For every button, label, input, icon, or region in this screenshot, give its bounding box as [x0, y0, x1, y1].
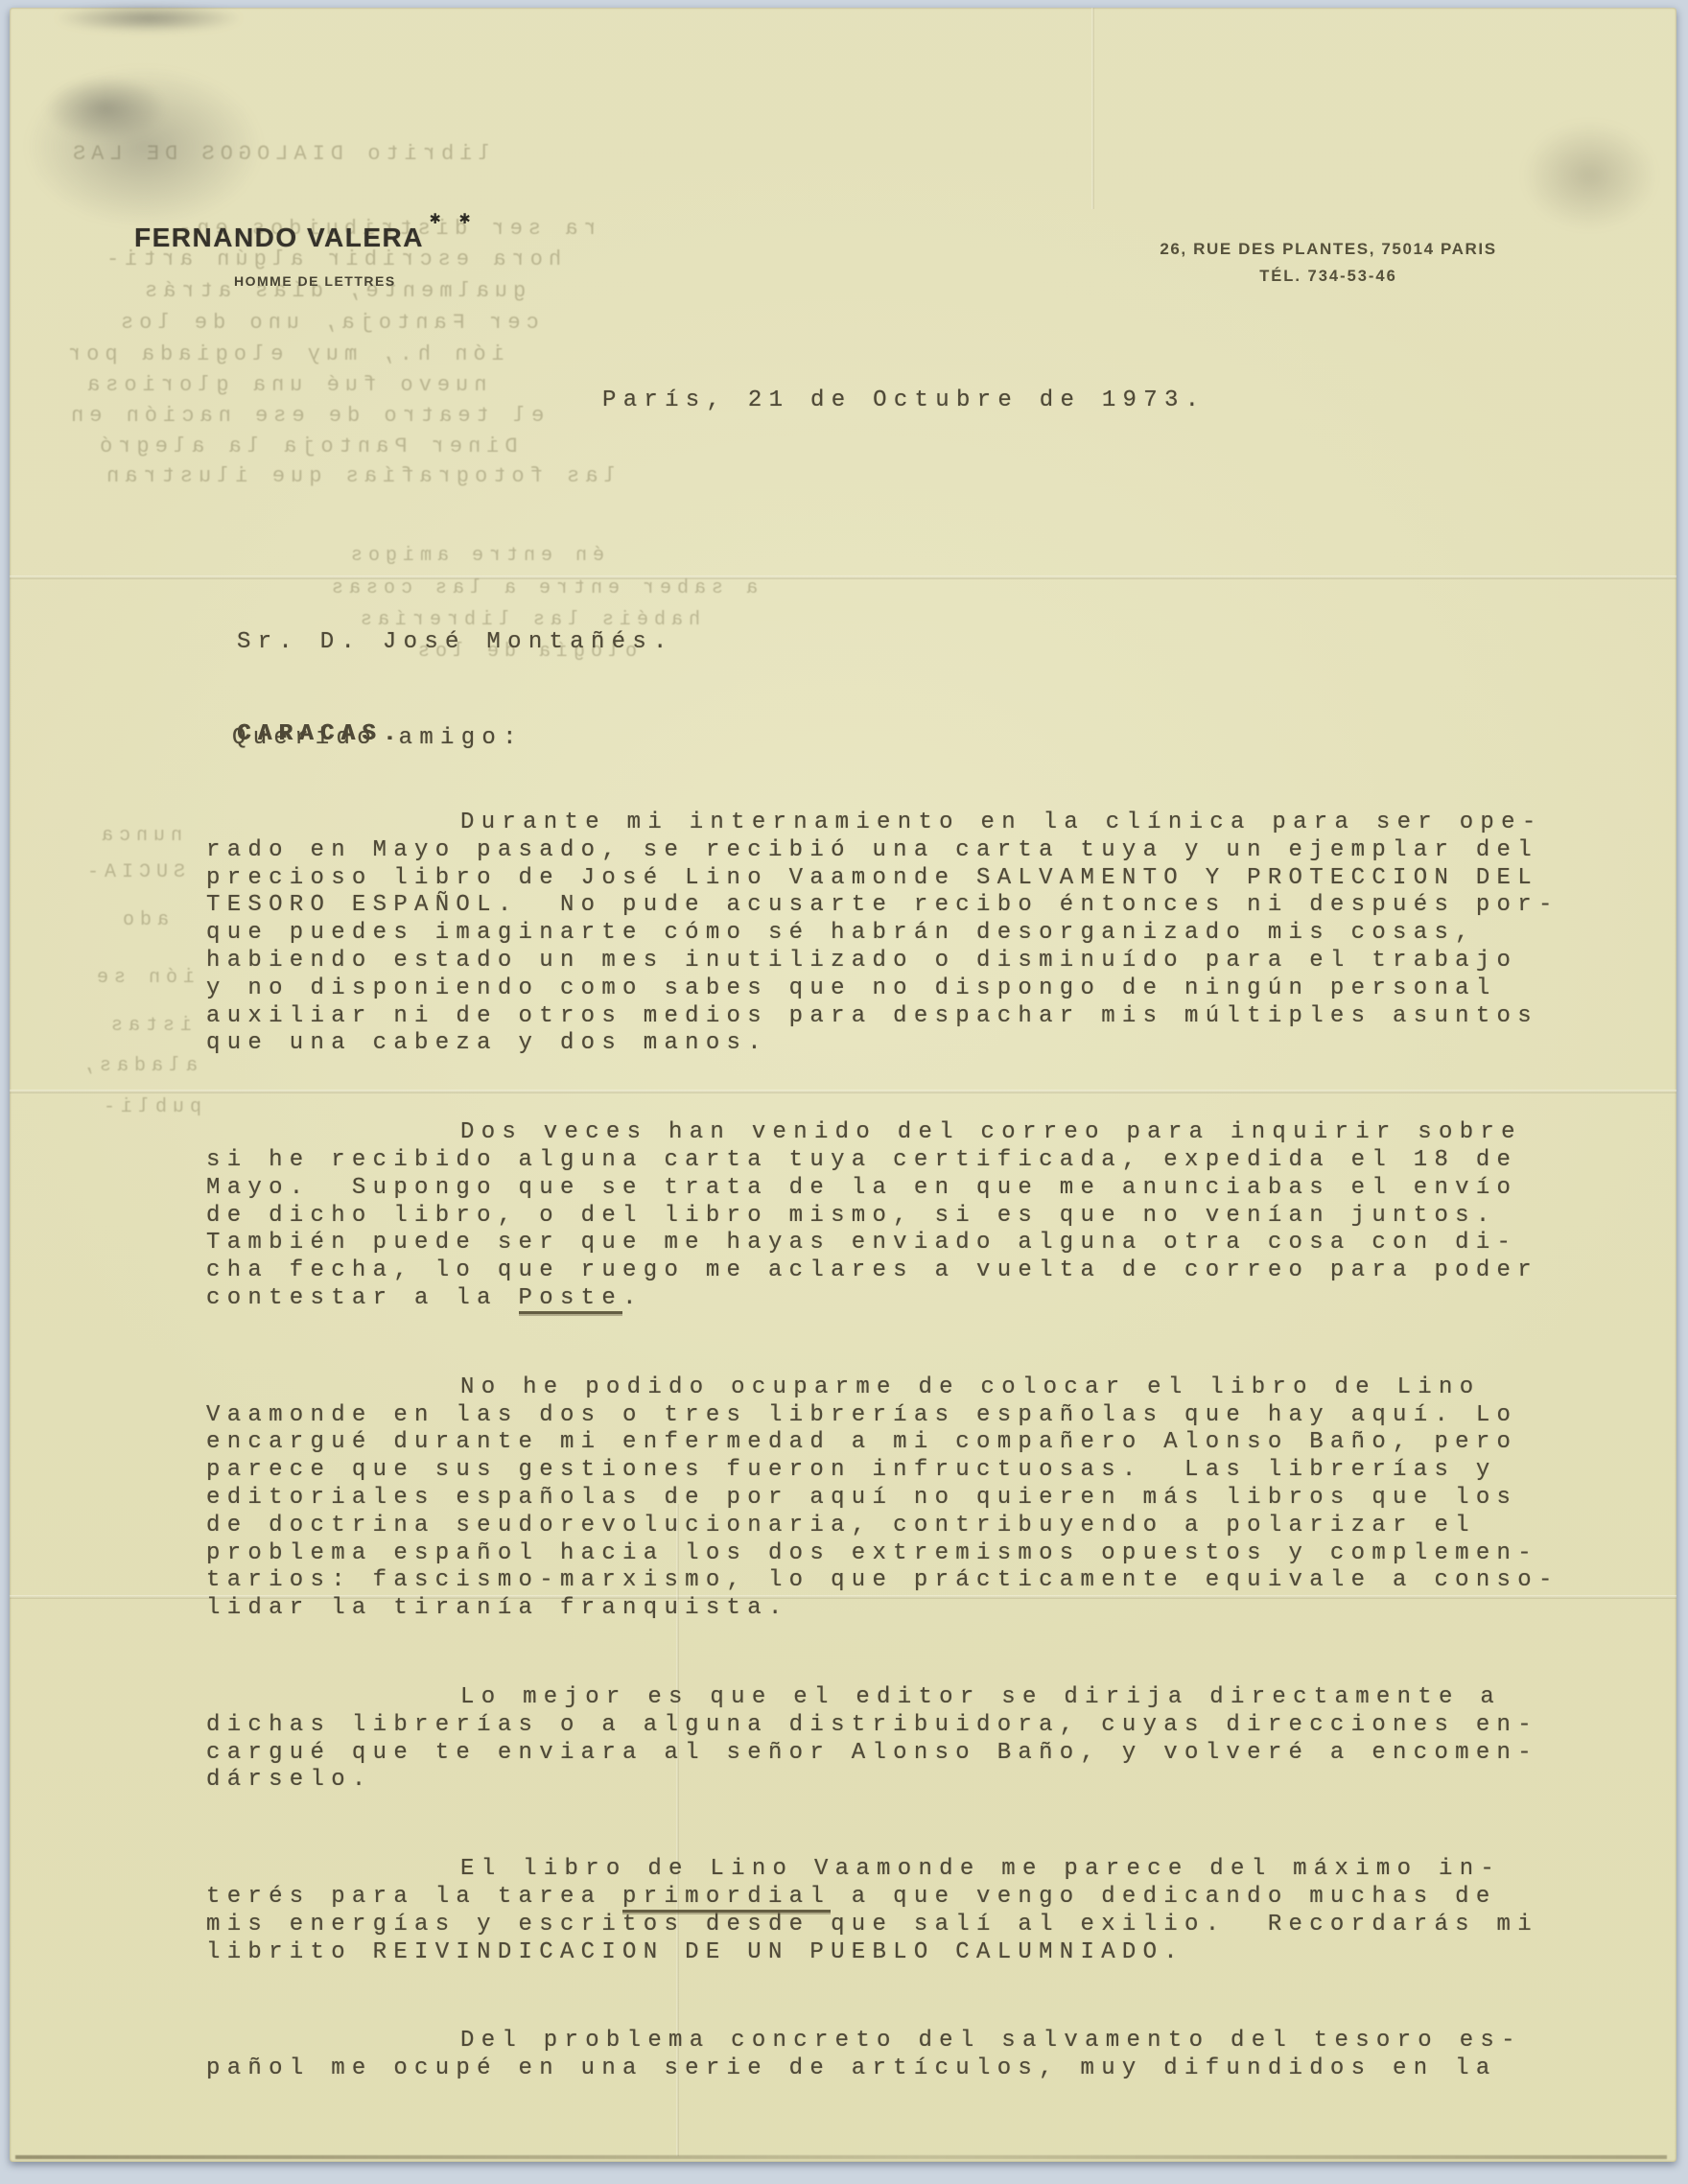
letter-line: librito REIVINDICACION DE UN PUEBLO CALU…: [206, 1939, 1626, 1967]
bleedthrough-text: publi-: [98, 1096, 201, 1118]
letter-line: de dicho libro, o del libro mismo, si es…: [206, 1203, 1626, 1231]
scanned-letter-page: { "scan": { "background_color": "#ccd5df…: [0, 0, 1688, 2184]
bleedthrough-text: el teatro de ese nación en: [65, 404, 544, 428]
bleedthrough-text: nunca: [96, 825, 182, 847]
letter-line: Del problema concreto del salvamento del…: [206, 2028, 1626, 2055]
letter-line: si he recibido alguna carta tuya certifi…: [206, 1147, 1626, 1175]
letter-line: También puede ser que me hayas enviado a…: [206, 1230, 1626, 1257]
letterhead-address: 26, RUE DES PLANTES, 75014 PARIS: [1130, 240, 1527, 259]
letter-paragraph: Lo mejor es que el editor se dirija dire…: [206, 1684, 1626, 1795]
letterhead-address-block: 26, RUE DES PLANTES, 75014 PARIS TÉL. 73…: [1130, 240, 1527, 286]
letter-line: El libro de Lino Vaamonde me parece del …: [206, 1856, 1626, 1884]
letter-line: encargué durante mi enfermedad a mi comp…: [206, 1429, 1626, 1457]
letter-line: Dos veces han venido del correo para inq…: [206, 1119, 1626, 1147]
letter-line: rado en Mayo pasado, se recibió una cart…: [206, 837, 1626, 865]
stain-top-right: [1501, 104, 1678, 247]
letter-line: cha fecha, lo que ruego me aclares a vue…: [206, 1257, 1626, 1285]
paper: librito DIALOGOS DE LASra ser distribuid…: [10, 8, 1676, 2162]
letter-line: Mayo. Supongo que se trata de la en que …: [206, 1175, 1626, 1203]
letter-line: tarios: fascismo-marxismo, lo que prácti…: [206, 1567, 1626, 1595]
recipient-name: Sr. D. José Montañés.: [237, 627, 674, 658]
stain-top-edge: [29, 0, 269, 36]
letter-line: que puedes imaginarte cómo sé habrán des…: [206, 920, 1626, 948]
letter-line: que una cabeza y dos manos.: [206, 1030, 1626, 1058]
letter-paragraph: Dos veces han venido del correo para inq…: [206, 1119, 1626, 1313]
recipient-block: Sr. D. José Montañés. CARACAS.: [237, 566, 674, 811]
letter-line: de doctrina seudorevolucionaria, contrib…: [206, 1513, 1626, 1540]
letter-line: pañol me ocupé en una serie de artículos…: [206, 2055, 1626, 2083]
letter-line: lidar la tiranía franquista.: [206, 1595, 1626, 1623]
letter-line: Durante mi internamiento en la clínica p…: [206, 810, 1626, 837]
bleedthrough-text: Diner Pantoja la alegró: [94, 434, 518, 458]
bleedthrough-text: nuevo fué una gloriosa: [82, 373, 486, 397]
letter-line: y no disponiendo como sabes que no dispo…: [206, 975, 1626, 1003]
letter-line: editoriales españolas de por aquí no qui…: [206, 1485, 1626, 1513]
stain-top-left-dark: [24, 65, 187, 152]
letter-paragraph: El libro de Lino Vaamonde me parece del …: [206, 1856, 1626, 1966]
bleedthrough-text: aladas,: [77, 1055, 198, 1077]
letter-paragraph: Del problema concreto del salvamento del…: [206, 2028, 1626, 2083]
letter-line: dichas librerías o a alguna distribuidor…: [206, 1712, 1626, 1740]
letter-paragraph: Durante mi internamiento en la clínica p…: [206, 810, 1626, 1058]
letterhead-name: FERNANDO VALERA: [134, 223, 424, 253]
letter-line: auxiliar ni de otros medios para despach…: [206, 1003, 1626, 1031]
letter-line: parece que sus gestiones fueron infructu…: [206, 1457, 1626, 1485]
bleedthrough-text: librito DIALOGOS DE LAS: [67, 142, 491, 166]
bleedthrough-text: én entre amigos: [345, 545, 604, 567]
letterhead-subtitle: HOMME DE LETTRES: [234, 273, 396, 289]
bleedthrough-text: cer Fantoja, uno de los: [115, 311, 539, 335]
letter-line: dárselo.: [206, 1767, 1626, 1795]
bleedthrough-text: SUCIA-: [82, 861, 185, 883]
letter-body: Durante mi internamiento en la clínica p…: [206, 810, 1626, 2145]
bleedthrough-text: ión h., muy elogiada por: [62, 342, 504, 366]
bleedthrough-text: las fotografías que ilustran: [101, 464, 617, 488]
fold-crease-vertical-top: [1091, 8, 1094, 209]
letter-line: mis energías y escritos desde que salí a…: [206, 1912, 1626, 1939]
letter-line: Vaamonde en las dos o tres librerías esp…: [206, 1402, 1626, 1430]
letterhead-marks-icon: ✱ ✱: [430, 207, 474, 229]
letterhead-phone: TÉL. 734-53-46: [1130, 268, 1527, 286]
bleedthrough-text: ión se: [91, 967, 195, 989]
letter-line: No he podido ocuparme de colocar el libr…: [206, 1374, 1626, 1402]
letter-line: terés para la tarea primordial a que ven…: [206, 1884, 1626, 1912]
letter-line: habiendo estado un mes inutilizado o dis…: [206, 948, 1626, 975]
letter-line: problema español hacia los dos extremism…: [206, 1540, 1626, 1568]
letter-line: precioso libro de José Lino Vaamonde SAL…: [206, 865, 1626, 893]
bleedthrough-text: ado: [117, 909, 169, 931]
letter-dateline: París, 21 de Octubre de 1973.: [602, 387, 1206, 415]
letter-line: cargué que te enviara al señor Alonso Ba…: [206, 1740, 1626, 1768]
letter-line: TESORO ESPAÑOL. No pude acusarte recibo …: [206, 892, 1626, 920]
salutation: Querido amigo:: [232, 725, 524, 753]
letter-paragraph: No he podido ocuparme de colocar el libr…: [206, 1374, 1626, 1623]
letter-line: contestar a la Poste.: [206, 1285, 1626, 1313]
bleedthrough-text: istas: [105, 1015, 192, 1037]
letter-line: Lo mejor es que el editor se dirija dire…: [206, 1684, 1626, 1712]
